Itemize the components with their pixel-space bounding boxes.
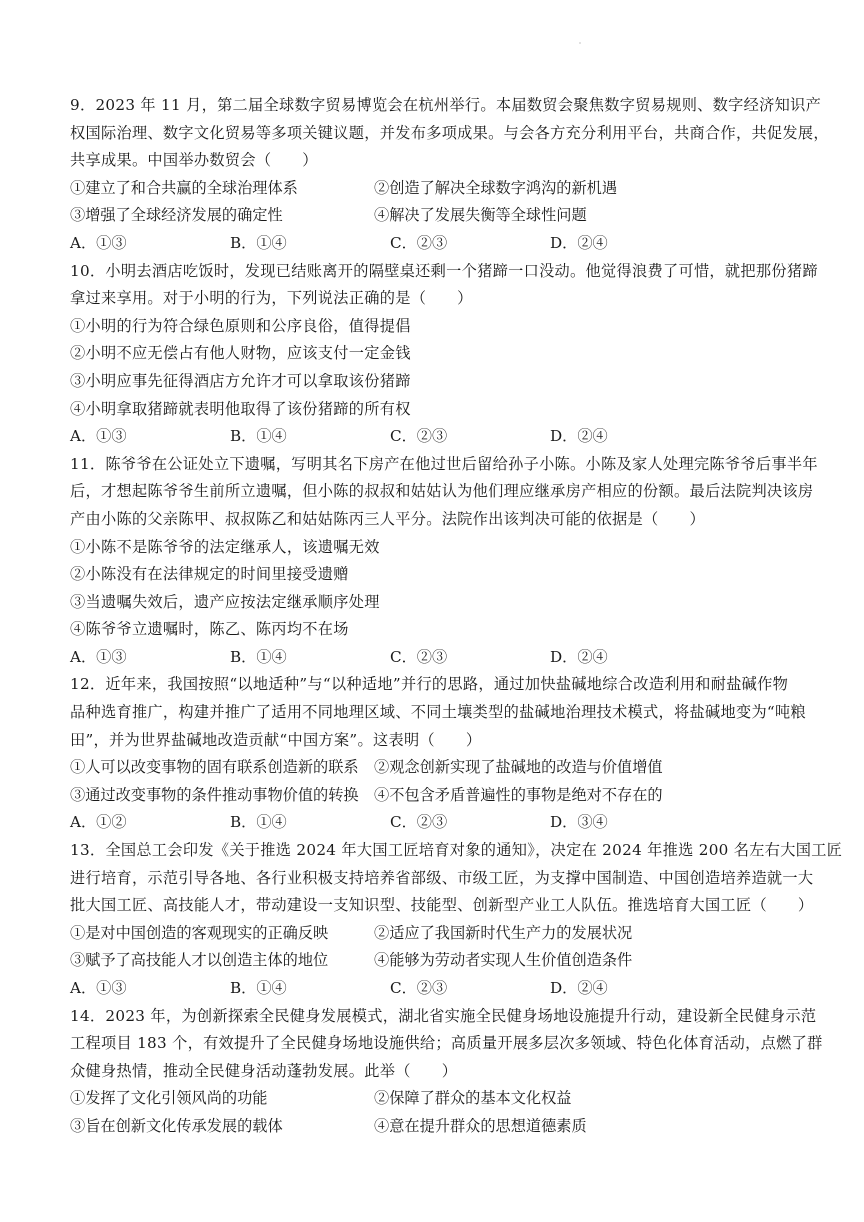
question-stem-line: 田”，并为世界盐碱地改造贡献“中国方案”。这表明（ ） bbox=[70, 727, 798, 755]
choice-a[interactable]: A．①③ bbox=[70, 644, 230, 672]
option-4: ④解决了发展失衡等全球性问题 bbox=[374, 202, 587, 230]
question-stem-line: 产由小陈的父亲陈甲、叔叔陈乙和姑姑陈丙三人平分。法院作出该判决可能的依据是（ ） bbox=[70, 506, 798, 534]
option-3: ③当遗嘱失效后，遗产应按法定继承顺序处理 bbox=[70, 589, 798, 617]
question-stem-line: 9．2023 年 11 月，第二届全球数字贸易博览会在杭州举行。本届数贸会聚焦数… bbox=[70, 92, 798, 120]
question-stem-line: 权国际治理、数字文化贸易等多项关键议题，并发布多项成果。与会各方充分利用平台，共… bbox=[70, 120, 798, 148]
option-3: ③旨在创新文化传承发展的载体 bbox=[70, 1113, 374, 1141]
question-stem-line: 13．全国总工会印发《关于推选 2024 年大国工匠培育对象的通知》，决定在 2… bbox=[70, 837, 798, 865]
question-stem-line: 11．陈爷爷在公证处立下遗嘱，写明其名下房产在他过世后留给孙子小陈。小陈及家人处… bbox=[70, 451, 798, 479]
question-stem-line: 品种选育推广，构建并推广了适用不同地理区域、不同土壤类型的盐碱地治理技术模式，将… bbox=[70, 699, 798, 727]
option-4: ④陈爷爷立遗嘱时，陈乙、陈丙均不在场 bbox=[70, 616, 798, 644]
choice-b[interactable]: B．①④ bbox=[230, 423, 390, 451]
question-stem-line: 12．近年来，我国按照“以地适种”与“以种适地”并行的思路，通过加快盐碱地综合改… bbox=[70, 671, 798, 699]
choice-d[interactable]: D．②④ bbox=[550, 230, 710, 258]
option-row: ①人可以改变事物的固有联系创造新的联系 ②观念创新实现了盐碱地的改造与价值增值 bbox=[70, 754, 798, 782]
option-2: ②保障了群众的基本文化权益 bbox=[374, 1085, 571, 1113]
question-stem-line: 进行培育，示范引导各地、各行业积极支持培养省部级、市级工匠，为支撑中国制造、中国… bbox=[70, 865, 798, 893]
exam-page: 9．2023 年 11 月，第二届全球数字贸易博览会在杭州举行。本届数贸会聚焦数… bbox=[70, 92, 798, 1141]
option-1: ①小明的行为符合绿色原则和公序良俗，值得提倡 bbox=[70, 313, 798, 341]
option-3: ③小明应事先征得酒店方允许才可以拿取该份猪蹄 bbox=[70, 368, 798, 396]
question-stem-line: 批大国工匠、高技能人才，带动建设一支知识型、技能型、创新型产业工人队伍。推选培育… bbox=[70, 892, 798, 920]
option-4: ④意在提升群众的思想道德素质 bbox=[374, 1113, 587, 1141]
option-4: ④小明拿取猪蹄就表明他取得了该份猪蹄的所有权 bbox=[70, 396, 798, 424]
question-stem-line: 工程项目 183 个，有效提升了全民健身场地设施供给；高质量开展多层次多领域、特… bbox=[70, 1030, 798, 1058]
option-row: ①建立了和合共赢的全球治理体系 ②创造了解决全球数字鸿沟的新机遇 bbox=[70, 175, 798, 203]
option-1: ①人可以改变事物的固有联系创造新的联系 bbox=[70, 754, 374, 782]
choice-row: A．①③ B．①④ C．②③ D．②④ bbox=[70, 644, 798, 672]
choice-row: A．①② B．①④ C．②③ D．③④ bbox=[70, 809, 798, 837]
option-row: ③赋予了高技能人才以创造主体的地位 ④能够为劳动者实现人生价值创造条件 bbox=[70, 947, 798, 975]
choice-b[interactable]: B．①④ bbox=[230, 809, 390, 837]
option-3: ③增强了全球经济发展的确定性 bbox=[70, 202, 374, 230]
choice-b[interactable]: B．①④ bbox=[230, 644, 390, 672]
choice-d[interactable]: D．②④ bbox=[550, 423, 710, 451]
option-2: ②小陈没有在法律规定的时间里接受遗赠 bbox=[70, 561, 798, 589]
choice-row: A．①③ B．①④ C．②③ D．②④ bbox=[70, 975, 798, 1003]
question-stem-line: 众健身热情，推动全民健身活动蓬勃发展。此举（ ） bbox=[70, 1058, 798, 1086]
option-2: ②适应了我国新时代生产力的发展状况 bbox=[374, 920, 632, 948]
option-3: ③赋予了高技能人才以创造主体的地位 bbox=[70, 947, 374, 975]
option-2: ②创造了解决全球数字鸿沟的新机遇 bbox=[374, 175, 617, 203]
option-2: ②观念创新实现了盐碱地的改造与价值增值 bbox=[374, 754, 663, 782]
choice-c[interactable]: C．②③ bbox=[390, 809, 550, 837]
question-stem-line: 后，才想起陈爷爷生前所立遗嘱，但小陈的叔叔和姑姑认为他们理应继承房产相应的份额。… bbox=[70, 478, 798, 506]
question-stem-line: 共享成果。中国举办数贸会（ ） bbox=[70, 147, 798, 175]
question-13: 13．全国总工会印发《关于推选 2024 年大国工匠培育对象的通知》，决定在 2… bbox=[70, 837, 798, 1003]
choice-a[interactable]: A．①③ bbox=[70, 230, 230, 258]
question-10: 10．小明去酒店吃饭时，发现已结账离开的隔壁桌还剩一个猪蹄一口没动。他觉得浪费了… bbox=[70, 258, 798, 451]
choice-b[interactable]: B．①④ bbox=[230, 230, 390, 258]
question-stem-line: 拿过来享用。对于小明的行为，下列说法正确的是（ ） bbox=[70, 285, 798, 313]
choice-d[interactable]: D．②④ bbox=[550, 975, 710, 1003]
option-row: ①发挥了文化引领风尚的功能 ②保障了群众的基本文化权益 bbox=[70, 1085, 798, 1113]
choice-row: A．①③ B．①④ C．②③ D．②④ bbox=[70, 423, 798, 451]
choice-b[interactable]: B．①④ bbox=[230, 975, 390, 1003]
option-4: ④不包含矛盾普遍性的事物是绝对不存在的 bbox=[374, 782, 663, 810]
choice-a[interactable]: A．①③ bbox=[70, 975, 230, 1003]
choice-c[interactable]: C．②③ bbox=[390, 423, 550, 451]
option-1: ①建立了和合共赢的全球治理体系 bbox=[70, 175, 374, 203]
option-1: ①小陈不是陈爷爷的法定继承人，该遗嘱无效 bbox=[70, 534, 798, 562]
choice-d[interactable]: D．②④ bbox=[550, 644, 710, 672]
scan-speck bbox=[579, 42, 581, 44]
option-4: ④能够为劳动者实现人生价值创造条件 bbox=[374, 947, 632, 975]
choice-row: A．①③ B．①④ C．②③ D．②④ bbox=[70, 230, 798, 258]
question-11: 11．陈爷爷在公证处立下遗嘱，写明其名下房产在他过世后留给孙子小陈。小陈及家人处… bbox=[70, 451, 798, 672]
option-row: ③增强了全球经济发展的确定性 ④解决了发展失衡等全球性问题 bbox=[70, 202, 798, 230]
choice-c[interactable]: C．②③ bbox=[390, 975, 550, 1003]
option-3: ③通过改变事物的条件推动事物价值的转换 bbox=[70, 782, 374, 810]
question-stem-line: 10．小明去酒店吃饭时，发现已结账离开的隔壁桌还剩一个猪蹄一口没动。他觉得浪费了… bbox=[70, 258, 798, 286]
choice-a[interactable]: A．①③ bbox=[70, 423, 230, 451]
question-9: 9．2023 年 11 月，第二届全球数字贸易博览会在杭州举行。本届数贸会聚焦数… bbox=[70, 92, 798, 258]
option-1: ①是对中国创造的客观现实的正确反映 bbox=[70, 920, 374, 948]
option-row: ③旨在创新文化传承发展的载体 ④意在提升群众的思想道德素质 bbox=[70, 1113, 798, 1141]
option-row: ③通过改变事物的条件推动事物价值的转换 ④不包含矛盾普遍性的事物是绝对不存在的 bbox=[70, 782, 798, 810]
option-2: ②小明不应无偿占有他人财物，应该支付一定金钱 bbox=[70, 340, 798, 368]
option-1: ①发挥了文化引领风尚的功能 bbox=[70, 1085, 374, 1113]
choice-c[interactable]: C．②③ bbox=[390, 230, 550, 258]
choice-d[interactable]: D．③④ bbox=[550, 809, 710, 837]
choice-c[interactable]: C．②③ bbox=[390, 644, 550, 672]
question-14: 14．2023 年，为创新探索全民健身发展模式，湖北省实施全民健身场地设施提升行… bbox=[70, 1003, 798, 1141]
choice-a[interactable]: A．①② bbox=[70, 809, 230, 837]
option-row: ①是对中国创造的客观现实的正确反映 ②适应了我国新时代生产力的发展状况 bbox=[70, 920, 798, 948]
question-12: 12．近年来，我国按照“以地适种”与“以种适地”并行的思路，通过加快盐碱地综合改… bbox=[70, 671, 798, 837]
question-stem-line: 14．2023 年，为创新探索全民健身发展模式，湖北省实施全民健身场地设施提升行… bbox=[70, 1003, 798, 1031]
